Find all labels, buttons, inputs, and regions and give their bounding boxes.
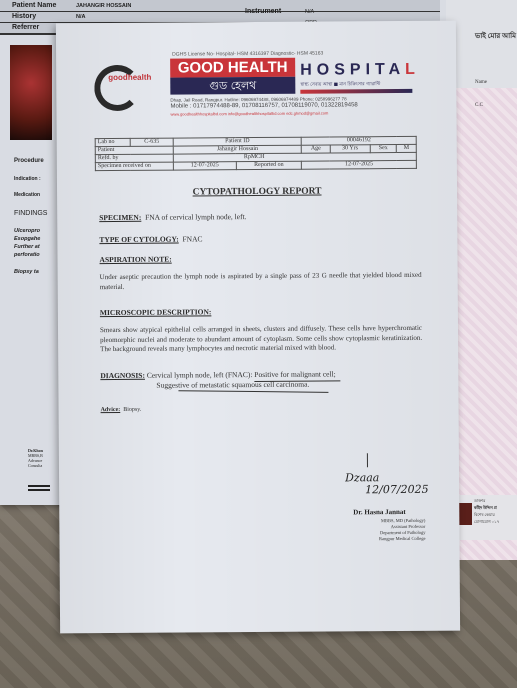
medication-label: Medication [14, 192, 40, 198]
hospital-word-text: HOSPITAL [300, 61, 420, 79]
divider [28, 485, 50, 487]
finding-line: Further at [14, 244, 40, 250]
pathologist-department: Department of Pathology [325, 530, 425, 536]
advice-section: Advice: Biopsy. [101, 407, 142, 413]
specimen-section: SPECIMEN: FNA of cervical lymph node, le… [99, 212, 246, 222]
aspiration-label: ASPIRATION NOTE: [99, 255, 171, 265]
finding-line: Ulceropro [14, 228, 40, 234]
lab-no-label: Lab no [95, 138, 130, 146]
pathologist-degree: MBBS, MD (Pathology) [325, 518, 425, 524]
diagnosis-section: DIAGNOSIS: Cervical lymph node, left (FN… [100, 369, 335, 380]
age-label: Age [302, 145, 331, 153]
sex-value: M [397, 144, 417, 152]
logo-text: goodhealth [108, 73, 151, 82]
pathologist-title: Assistant Professor [325, 524, 425, 530]
cytopathology-report-page: goodhealth DGHS License No- Hospital- HS… [56, 21, 460, 634]
patient-info-table: Lab no C-635 Patient ID 00046192 Patient… [95, 136, 417, 171]
card-line: ডাক্তার [474, 498, 485, 505]
doctor-card: ডাক্তার কাঁইদ উদ্দিন প্র বিশেষ কেয়ার যো… [456, 495, 517, 540]
reported-value: 12-07-2025 [302, 160, 417, 169]
reported-label: Reported on [236, 161, 302, 169]
procedure-label: Procedure [14, 158, 44, 164]
aspiration-section: ASPIRATION NOTE: [99, 255, 171, 265]
specimen-received-label: Specimen received on [95, 162, 173, 171]
hospital-tagline: স্বাস্থ্য সেবায় আস্থা ■ মান চিকিৎসার গ্… [300, 81, 380, 89]
microscopic-text: Smears show atypical epithelial cells ar… [100, 324, 422, 355]
signature-date: 12/07/2025 [365, 483, 428, 496]
hospital-name-en: GOOD HEALTH [170, 58, 295, 78]
prescription-header [446, 0, 517, 88]
instrument-label: Instrument [245, 8, 281, 15]
divider [28, 489, 50, 491]
specimen-received-value: 12-07-2025 [173, 162, 236, 170]
card-line: কাঁইদ উদ্দিন প্র [474, 505, 497, 512]
header-gradient-bar [300, 89, 412, 94]
pathologist-name: Dr. Hasna Jannat [353, 508, 406, 516]
instrument-value: N/A [305, 9, 314, 15]
aspiration-text: Under aseptic precaution the lymph node … [100, 271, 422, 292]
finding-line: perforatio [14, 252, 40, 258]
cytology-section: TYPE OF CYTOLOGY: FNAC [99, 234, 202, 244]
indication-label: Indication : [14, 176, 41, 182]
specimen-value: FNA of cervical lymph node, left. [145, 212, 246, 222]
pathologist-institution: Rangpur Medical College [325, 536, 425, 542]
goodhealth-logo-icon [94, 65, 140, 111]
sex-label: Sex [370, 145, 397, 153]
doctor-line: Consulta [28, 463, 43, 468]
hospital-word: HOSPITAL [300, 61, 420, 80]
advice-value: Biopsy. [123, 407, 141, 413]
prescription-name-label: Name [475, 80, 487, 85]
endoscopy-image [10, 45, 52, 140]
license-line: DGHS License No- Hospital- HSM 4316397 D… [172, 51, 323, 58]
card-line: যোগাযোগ ০১৭ [474, 519, 499, 526]
signature-mark [367, 453, 368, 467]
hospital-name-bn: গুড হেলথ [170, 77, 295, 95]
diagnosis-label: DIAGNOSIS: [100, 371, 145, 380]
back-row-history: History N/A [0, 11, 85, 22]
finding-line: Esopgahe [14, 236, 40, 242]
diagnosis-line-1: Cervical lymph node, left (FNAC): Positi… [147, 369, 336, 379]
prescription-cc-label: C.C [475, 103, 483, 108]
card-line: বিশেষ কেয়ার [474, 512, 495, 519]
advice-label: Advice: [101, 407, 121, 413]
cytology-value: FNAC [182, 234, 202, 243]
card-logo [458, 503, 472, 525]
back-doctor-block: Dr.Khon MBBS,B Advance Consulta [28, 448, 43, 468]
microscopic-section: MICROSCOPIC DESCRIPTION: [100, 307, 212, 317]
cytology-label: TYPE OF CYTOLOGY: [99, 235, 178, 245]
prescription-heading: ভাই মোর আমি [475, 30, 516, 42]
specimen-label: SPECIMEN: [99, 213, 141, 222]
findings-label: FINDINGS [14, 210, 47, 217]
biopsy-line: Biopsy ta [14, 269, 39, 275]
back-row-patient-name: Patient Name JAHANGIR HOSSAIN [0, 0, 131, 11]
microscopic-label: MICROSCOPIC DESCRIPTION: [100, 307, 212, 317]
